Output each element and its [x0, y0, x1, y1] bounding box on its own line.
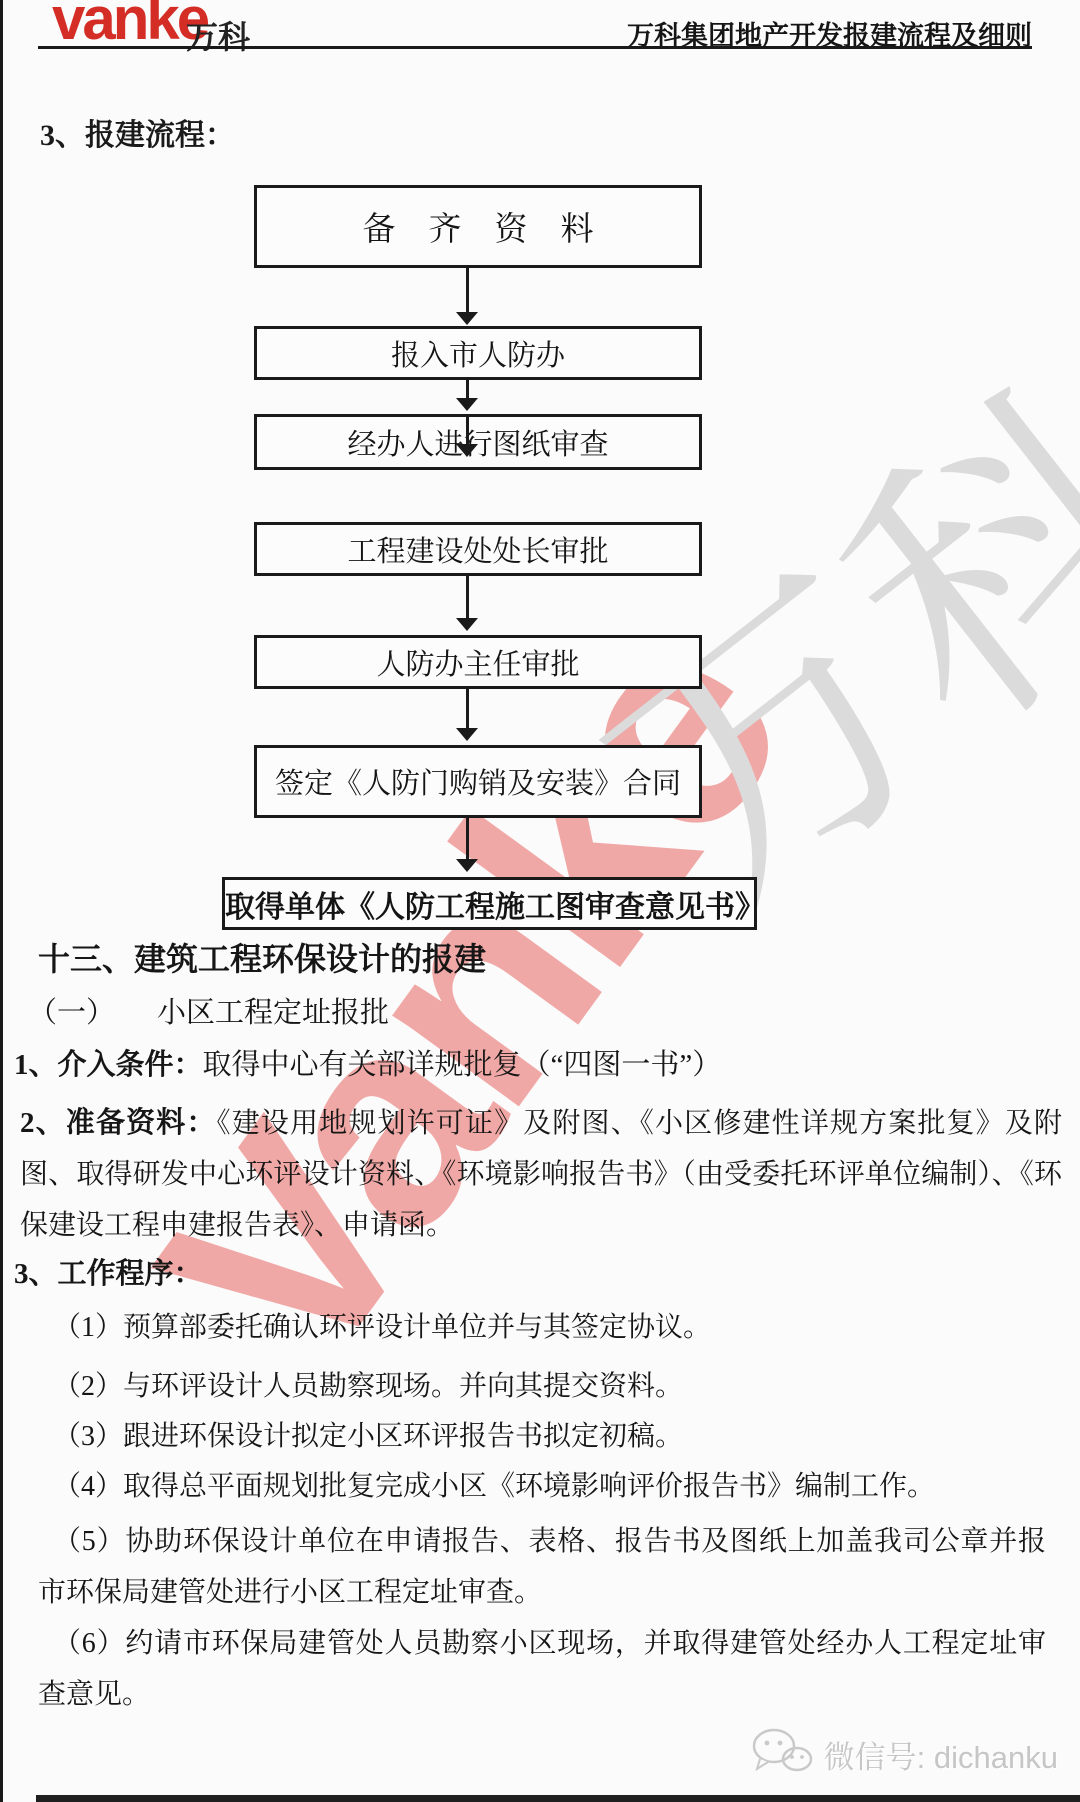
intro-condition-paragraph: 1、介入条件：取得中心有关部详规批复（“四图一书”） — [14, 1040, 721, 1091]
vanke-logo-cn: 万科 — [186, 12, 250, 58]
procedure-step-3: （3）跟进环保设计拟定小区环评报告书拟定初稿。 — [38, 1411, 1046, 1462]
flow-arrow — [466, 689, 469, 729]
process-section-heading: 3、报建流程： — [40, 110, 235, 154]
intro-condition-label: 1、介入条件： — [14, 1049, 203, 1081]
header-divider — [38, 46, 1032, 49]
procedure-step-1: （1）预算部委托确认环评设计单位并与其签定协议。 — [38, 1302, 1046, 1353]
env-sub-title: 小区工程定址报批 — [157, 997, 389, 1029]
flow-step-label: 人防办主任审批 — [376, 642, 579, 683]
flow-step-submit-civil-defense-office: 报入市人防办 — [254, 326, 702, 380]
env-sub-heading: （一）小区工程定址报批 — [28, 988, 389, 1039]
flow-step-label: 取得单体《人防工程施工图审查意见书》 — [225, 882, 754, 926]
document-page: vanke 万科 万科集团地产开发报建流程及细则 Vanke 万科 3、报建流程… — [0, 0, 1080, 1802]
procedure-step-2: （2）与环评设计人员勘察现场。并向其提交资料。 — [38, 1361, 1046, 1412]
flow-step-drawing-review: 经办人进行图纸审查 — [254, 414, 702, 470]
page-bottom-border — [36, 1795, 1080, 1802]
flow-step-label: 签定《人防门购销及安装》合同 — [275, 761, 681, 802]
flow-step-label: 工程建设处处长审批 — [347, 529, 608, 570]
flow-step-obtain-review-opinion: 取得单体《人防工程施工图审查意见书》 — [222, 877, 757, 930]
procedure-step-5: （5）协助环保设计单位在申请报告、表格、报告书及图纸上加盖我司公章并报市环保局建… — [38, 1516, 1046, 1618]
flow-step-construction-dept-approval: 工程建设处处长审批 — [254, 522, 702, 576]
page-left-border — [0, 0, 3, 1802]
footer: 微信号: dichanku — [750, 1726, 1058, 1783]
env-section-heading: 十三、建筑工程环保设计的报建 — [38, 934, 486, 985]
procedure-step-4: （4）取得总平面规划批复完成小区《环境影响评价报告书》编制工作。 — [38, 1461, 1046, 1512]
intro-condition-text: 取得中心有关部详规批复（“四图一书”） — [203, 1049, 722, 1081]
flow-step-director-approval: 人防办主任审批 — [254, 635, 702, 689]
flow-arrow — [466, 377, 469, 399]
procedure-heading: 3、工作程序： — [14, 1249, 203, 1300]
flow-arrow — [466, 576, 469, 619]
flow-arrow-overlapping — [466, 414, 469, 445]
flow-arrow — [466, 268, 469, 313]
flow-arrow — [466, 818, 469, 860]
flow-step-sign-contract: 签定《人防门购销及安装》合同 — [254, 745, 702, 818]
flow-step-label: 报入市人防办 — [391, 333, 565, 374]
flow-step-label: 备 齐 资 料 — [363, 203, 594, 250]
procedure-step-6: （6）约请市环保局建管处人员勘察小区现场，并取得建管处经办人工程定址审查意见。 — [38, 1618, 1046, 1720]
wechat-icon — [750, 1726, 814, 1783]
env-sub-number: （一） — [28, 997, 115, 1029]
wechat-label: 微信号: dichanku — [824, 1732, 1058, 1777]
materials-paragraph: 2、准备资料：《建设用地规划许可证》及附图、《小区修建性详规方案批复》及附图、取… — [20, 1098, 1062, 1251]
flow-step-prepare-materials: 备 齐 资 料 — [254, 185, 702, 268]
materials-label: 2、准备资料： — [20, 1107, 217, 1139]
